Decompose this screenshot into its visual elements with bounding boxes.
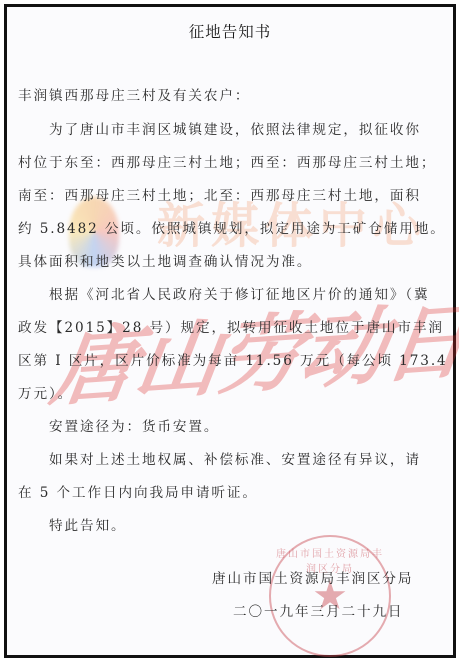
- body-line: 安置途径为：货币安置。: [18, 411, 444, 444]
- official-seal: 唐山市国土资源局丰润区分局 ★: [269, 535, 391, 657]
- issuer: 唐山市国土资源局丰润区分局: [212, 567, 413, 587]
- body-line: 政发【2015】28 号）规定，拟转用征收土地位于唐山市丰润: [18, 312, 444, 345]
- body-line: 村位于东至：西那母庄三村土地；西至：西那母庄三村土地；: [18, 147, 444, 180]
- document-frame: 新媒体中心 唐山劳动日报社 征地告知书 丰润镇西那母庄三村及有关农户： 为了唐山…: [4, 4, 456, 658]
- body-line: 具体面积和地类以土地调查确认情况为准。: [18, 246, 444, 279]
- issue-date: 二〇一九年三月二十九日: [233, 600, 403, 620]
- salutation: 丰润镇西那母庄三村及有关农户：: [18, 80, 444, 113]
- document-title: 征地告知书: [7, 20, 453, 42]
- body-line: 区第 I 区片，区片价标准为每亩 11.56 万元（每公顷 173.4: [18, 345, 444, 378]
- body-line: 根据《河北省人民政府关于修订征地区片价的通知》（冀: [18, 279, 444, 312]
- body-line: 南至：西那母庄三村土地；北至：西那母庄三村土地，面积: [18, 180, 444, 213]
- body-line: 特此告知。: [18, 510, 444, 543]
- body-line: 为了唐山市丰润区城镇建设，依照法律规定，拟征收你: [18, 114, 444, 147]
- body-line: 在 5 个工作日内向我局申请听证。: [18, 477, 444, 510]
- body-line: 万元）。: [18, 378, 444, 411]
- body-line: 约 5.8482 公顷。依照城镇规划，拟定用途为工矿仓储用地。: [18, 213, 444, 246]
- body-line: 如果对上述土地权属、补偿标准、安置途径有异议，请: [18, 444, 444, 477]
